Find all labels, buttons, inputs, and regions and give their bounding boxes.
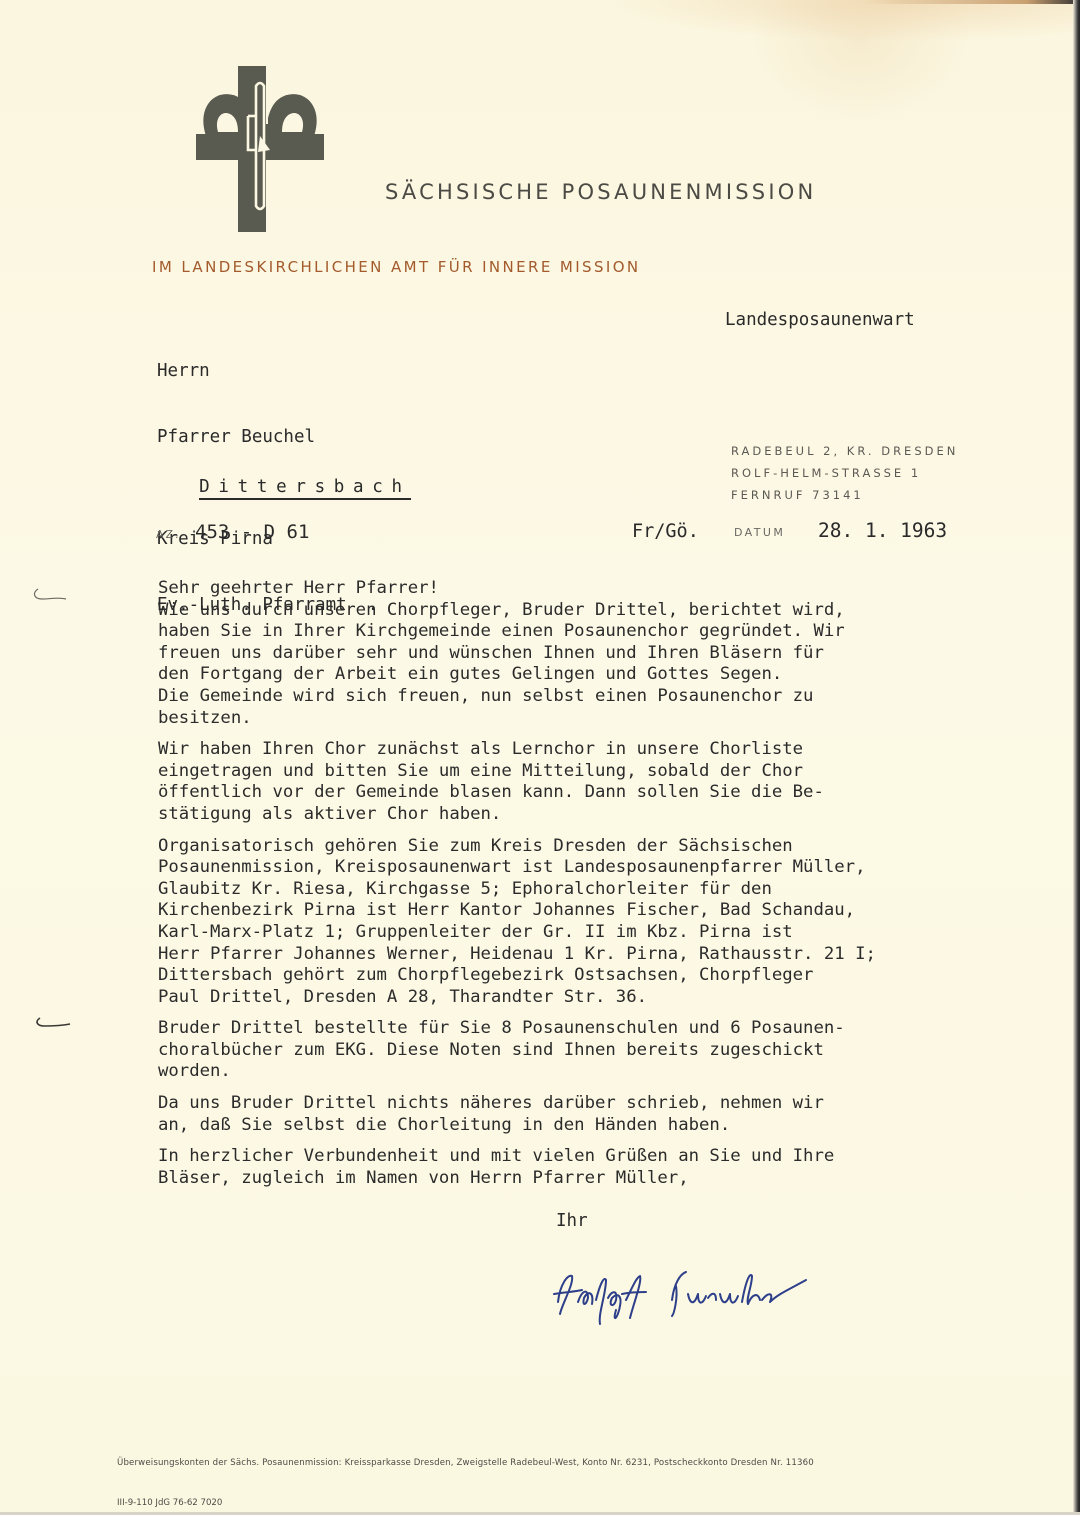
paragraph: Wie uns durch unseren Chorpfleger, Brude…: [158, 600, 1038, 730]
paragraph-line: Wie uns durch unseren Chorpfleger, Brude…: [158, 600, 1038, 622]
letter-closing: Ihr: [556, 1210, 588, 1232]
paragraph: Wir haben Ihren Chor zunächst als Lernch…: [158, 739, 1038, 825]
paragraph-line: choralbücher zum EKG. Diese Noten sind I…: [158, 1040, 1038, 1062]
paragraph-line: den Fortgang der Arbeit ein gutes Geling…: [158, 664, 1038, 686]
paragraph-line: worden.: [158, 1061, 1038, 1083]
sender-phone: FERNRUF 73141: [731, 484, 958, 506]
paragraph: Da uns Bruder Drittel nichts näheres dar…: [158, 1093, 1038, 1136]
organization-subtitle: IM LANDESKIRCHLICHEN AMT FÜR INNERE MISS…: [152, 258, 641, 276]
paragraph-line: Glaubitz Kr. Riesa, Kirchgasse 5; Ephora…: [158, 879, 1038, 901]
paragraph-line: eingetragen und bitten Sie um eine Mitte…: [158, 761, 1038, 783]
cross-crown-trombone-icon: [196, 66, 324, 232]
handwritten-signature-icon: [548, 1254, 818, 1334]
paragraph: In herzlicher Verbundenheit und mit viel…: [158, 1146, 1038, 1189]
letter-body: Sehr geehrter Herr Pfarrer! Wie uns durc…: [158, 578, 1038, 1199]
recipient-salutation: Herrn: [157, 360, 411, 382]
paragraph: Organisatorisch gehören Sie zum Kreis Dr…: [158, 836, 1038, 1009]
paragraph-line: Da uns Bruder Drittel nichts näheres dar…: [158, 1093, 1038, 1115]
paper-edge-top: [0, 0, 1080, 4]
sender-address: RADEBEUL 2, KR. DRESDEN ROLF-HELM-STRASS…: [731, 440, 958, 506]
recipient-name: Pfarrer Beuchel: [157, 426, 411, 448]
paper-edge-right: [1073, 0, 1080, 1515]
paragraph-line: öffentlich vor der Gemeinde blasen kann.…: [158, 782, 1038, 804]
paragraph-line: In herzlicher Verbundenheit und mit viel…: [158, 1146, 1038, 1168]
paragraph-line: Kirchenbezirk Pirna ist Herr Kantor Joha…: [158, 900, 1038, 922]
letter-date: 28. 1. 1963: [818, 520, 947, 542]
paragraph-line: Dittersbach gehört zum Chorpflegebezirk …: [158, 965, 1038, 987]
reference-number: 453 - D 61: [195, 521, 309, 543]
paragraph-line: Bläser, zugleich im Namen von Herrn Pfar…: [158, 1168, 1038, 1190]
sender-title: Landesposaunenwart: [725, 309, 915, 331]
paragraph: Bruder Drittel bestellte für Sie 8 Posau…: [158, 1018, 1038, 1083]
paragraph-line: Herr Pfarrer Johannes Werner, Heidenau 1…: [158, 944, 1038, 966]
footer-bank-info: Überweisungskonten der Sächs. Posaunenmi…: [117, 1458, 814, 1468]
date-label: DATUM: [734, 526, 785, 539]
sender-address-city: RADEBEUL 2, KR. DRESDEN: [731, 440, 958, 462]
organization-name: SÄCHSISCHE POSAUNENMISSION: [385, 180, 816, 204]
paragraph-line: Wir haben Ihren Chor zunächst als Lernch…: [158, 739, 1038, 761]
paragraph-line: besitzen.: [158, 708, 1038, 730]
paragraph-line: haben Sie in Ihrer Kirchgemeinde einen P…: [158, 621, 1038, 643]
letter-page: SÄCHSISCHE POSAUNENMISSION IM LANDESKIRC…: [0, 0, 1080, 1515]
punch-hole-mark: [30, 1012, 80, 1032]
paragraph-line: Organisatorisch gehören Sie zum Kreis Dr…: [158, 836, 1038, 858]
sign-code: Fr/Gö.: [632, 521, 699, 543]
reference-row: AZ. 453 - D 61 Fr/Gö. DATUM 28. 1. 1963: [156, 520, 1036, 546]
paragraph-line: Paul Drittel, Dresden A 28, Tharandter S…: [158, 987, 1038, 1009]
paragraph-line: freuen uns darüber sehr und wünschen Ihn…: [158, 643, 1038, 665]
sender-address-street: ROLF-HELM-STRASSE 1: [731, 462, 958, 484]
paragraph-line: Karl-Marx-Platz 1; Gruppenleiter der Gr.…: [158, 922, 1038, 944]
recipient-city: Dittersbach: [199, 476, 411, 500]
footer-print-code: III-9-110 JdG 76-62 7020: [117, 1498, 222, 1508]
paragraph-line: Bruder Drittel bestellte für Sie 8 Posau…: [158, 1018, 1038, 1040]
letter-salutation: Sehr geehrter Herr Pfarrer!: [158, 578, 1038, 600]
reference-label: AZ.: [156, 528, 181, 541]
paragraph-line: Posaunenmission, Kreisposaunenwart ist L…: [158, 857, 1038, 879]
paragraph-line: Die Gemeinde wird sich freuen, nun selbs…: [158, 686, 1038, 708]
paragraph-line: an, daß Sie selbst die Chorleitung in de…: [158, 1115, 1038, 1137]
paragraph-line: stätigung als aktiver Chor haben.: [158, 804, 1038, 826]
punch-hole-mark: [30, 585, 80, 605]
